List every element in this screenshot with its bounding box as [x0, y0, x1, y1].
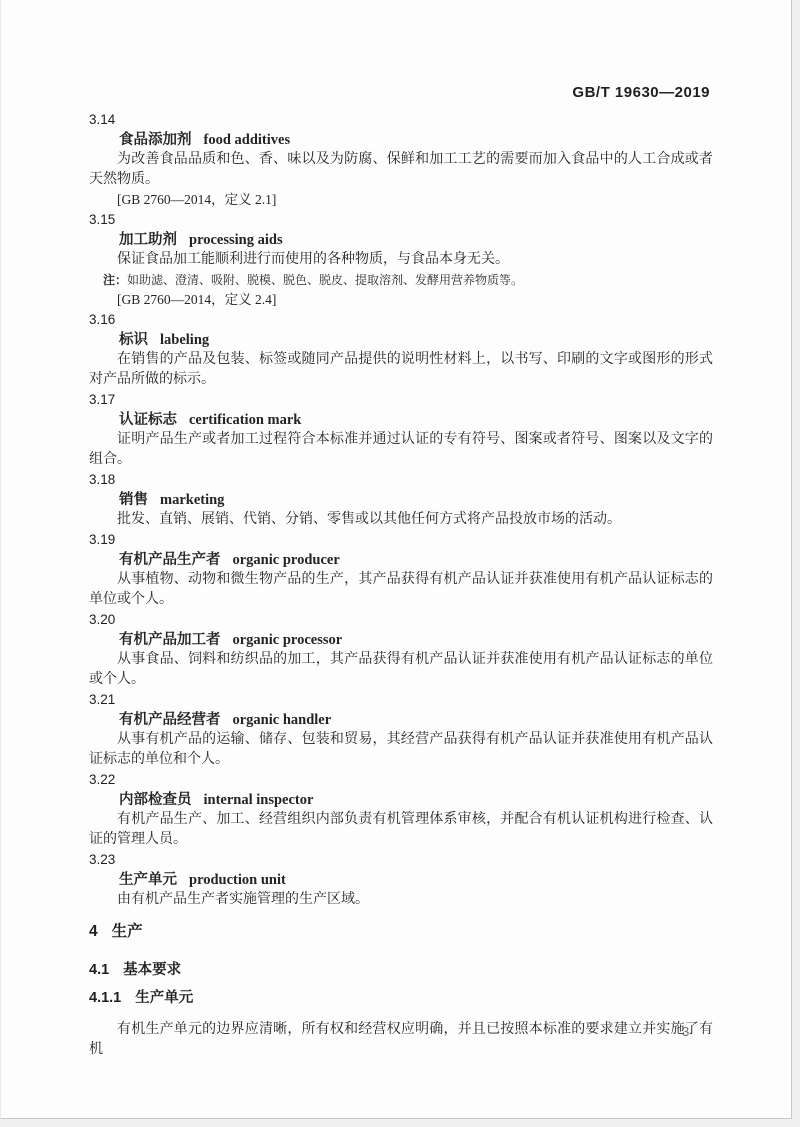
definition-number: 3.16 [89, 310, 713, 330]
definition-term: 生产单元production unit [89, 870, 713, 890]
page-number: 3 [682, 1024, 689, 1039]
note-label: 注： [103, 273, 127, 287]
term-english: organic processor [233, 632, 343, 648]
definition-number: 3.17 [89, 390, 713, 410]
definition-3-17: 3.17 认证标志certification mark 证明产品生产或者加工过程… [89, 390, 713, 470]
definition-3-18: 3.18 销售marketing 批发、直销、展销、代销、分销、零售或以其他任何… [89, 470, 713, 530]
definition-number: 3.22 [89, 770, 713, 790]
term-chinese: 加工助剂 [119, 232, 177, 248]
definition-number: 3.14 [89, 110, 713, 130]
definition-body: 为改善食品品质和色、香、味以及为防腐、保鲜和加工工艺的需要而加入食品中的人工合成… [89, 150, 713, 190]
section-number: 4.1.1 [89, 990, 121, 1006]
section-heading-4-1-1: 4.1.1生产单元 [89, 988, 713, 1008]
definition-body: 从事植物、动物和微生物产品的生产，其产品获得有机产品认证并获准使用有机产品认证标… [89, 570, 713, 610]
section-4-1-1-paragraph: 有机生产单元的边界应清晰，所有权和经营权应明确，并且已按照本标准的要求建立并实施… [89, 1020, 713, 1060]
definition-body: 由有机产品生产者实施管理的生产区域。 [89, 890, 713, 910]
term-chinese: 食品添加剂 [119, 132, 192, 148]
term-chinese: 有机产品加工者 [119, 632, 221, 648]
section-heading-4-1: 4.1基本要求 [89, 960, 713, 980]
term-english: processing aids [189, 232, 283, 248]
term-english: organic producer [233, 552, 340, 568]
section-title: 基本要求 [123, 962, 181, 978]
term-english: production unit [189, 872, 286, 888]
definition-term: 有机产品加工者organic processor [89, 630, 713, 650]
definition-3-14: 3.14 食品添加剂food additives 为改善食品品质和色、香、味以及… [89, 110, 713, 210]
definition-term: 内部检查员internal inspector [89, 790, 713, 810]
definition-3-16: 3.16 标识labeling 在销售的产品及包装、标签或随同产品提供的说明性材… [89, 310, 713, 390]
note-text: 如助滤、澄清、吸附、脱模、脱色、脱皮、提取溶剂、发酵用营养物质等。 [127, 273, 523, 287]
definition-term: 认证标志certification mark [89, 410, 713, 430]
definition-body: 证明产品生产或者加工过程符合本标准并通过认证的专有符号、图案或者符号、图案以及文… [89, 430, 713, 470]
definition-3-22: 3.22 内部检查员internal inspector 有机产品生产、加工、经… [89, 770, 713, 850]
definition-number: 3.19 [89, 530, 713, 550]
document-page: GB/T 19630—2019 3.14 食品添加剂food additives… [0, 0, 792, 1119]
doc-number: GB/T 19630—2019 [572, 84, 710, 101]
term-english: marketing [160, 492, 224, 508]
definition-body: 批发、直销、展销、代销、分销、零售或以其他任何方式将产品投放市场的活动。 [89, 510, 713, 530]
definition-source: [GB 2760—2014，定义 2.1] [89, 190, 713, 210]
definition-body: 从事有机产品的运输、储存、包装和贸易，其经营产品获得有机产品认证并获准使用有机产… [89, 730, 713, 770]
definition-term: 销售marketing [89, 490, 713, 510]
section-heading-4: 4生产 [89, 922, 713, 942]
term-chinese: 销售 [119, 492, 148, 508]
term-english: organic handler [233, 712, 332, 728]
definition-source: [GB 2760—2014，定义 2.4] [89, 290, 713, 310]
definition-number: 3.20 [89, 610, 713, 630]
definition-number: 3.18 [89, 470, 713, 490]
definition-3-20: 3.20 有机产品加工者organic processor 从事食品、饲料和纺织… [89, 610, 713, 690]
section-number: 4.1 [89, 962, 109, 978]
definition-body: 在销售的产品及包装、标签或随同产品提供的说明性材料上，以书写、印刷的文字或图形的… [89, 350, 713, 390]
section-title: 生产 [112, 923, 143, 940]
definition-term: 加工助剂processing aids [89, 230, 713, 250]
term-english: food additives [204, 132, 291, 148]
section-number: 4 [89, 923, 98, 940]
term-chinese: 生产单元 [119, 872, 177, 888]
page-content: 3.14 食品添加剂food additives 为改善食品品质和色、香、味以及… [89, 110, 713, 1060]
definition-number: 3.23 [89, 850, 713, 870]
definition-body: 保证食品加工能顺利进行而使用的各种物质，与食品本身无关。 [89, 250, 713, 270]
definition-note: 注：如助滤、澄清、吸附、脱模、脱色、脱皮、提取溶剂、发酵用营养物质等。 [89, 270, 713, 290]
definition-term: 有机产品生产者organic producer [89, 550, 713, 570]
section-title: 生产单元 [135, 990, 193, 1006]
definition-body: 从事食品、饲料和纺织品的加工，其产品获得有机产品认证并获准使用有机产品认证标志的… [89, 650, 713, 690]
definition-term: 有机产品经营者organic handler [89, 710, 713, 730]
term-english: certification mark [189, 412, 301, 428]
term-english: internal inspector [204, 792, 314, 808]
definition-number: 3.21 [89, 690, 713, 710]
definition-body: 有机产品生产、加工、经营组织内部负责有机管理体系审核，并配合有机认证机构进行检查… [89, 810, 713, 850]
definition-3-21: 3.21 有机产品经营者organic handler 从事有机产品的运输、储存… [89, 690, 713, 770]
term-english: labeling [160, 332, 209, 348]
term-chinese: 标识 [119, 332, 148, 348]
definition-3-23: 3.23 生产单元production unit 由有机产品生产者实施管理的生产… [89, 850, 713, 910]
term-chinese: 认证标志 [119, 412, 177, 428]
definition-number: 3.15 [89, 210, 713, 230]
definition-term: 标识labeling [89, 330, 713, 350]
definition-3-19: 3.19 有机产品生产者organic producer 从事植物、动物和微生物… [89, 530, 713, 610]
term-chinese: 内部检查员 [119, 792, 192, 808]
definition-3-15: 3.15 加工助剂processing aids 保证食品加工能顺利进行而使用的… [89, 210, 713, 310]
definition-term: 食品添加剂food additives [89, 130, 713, 150]
term-chinese: 有机产品经营者 [119, 712, 221, 728]
term-chinese: 有机产品生产者 [119, 552, 221, 568]
